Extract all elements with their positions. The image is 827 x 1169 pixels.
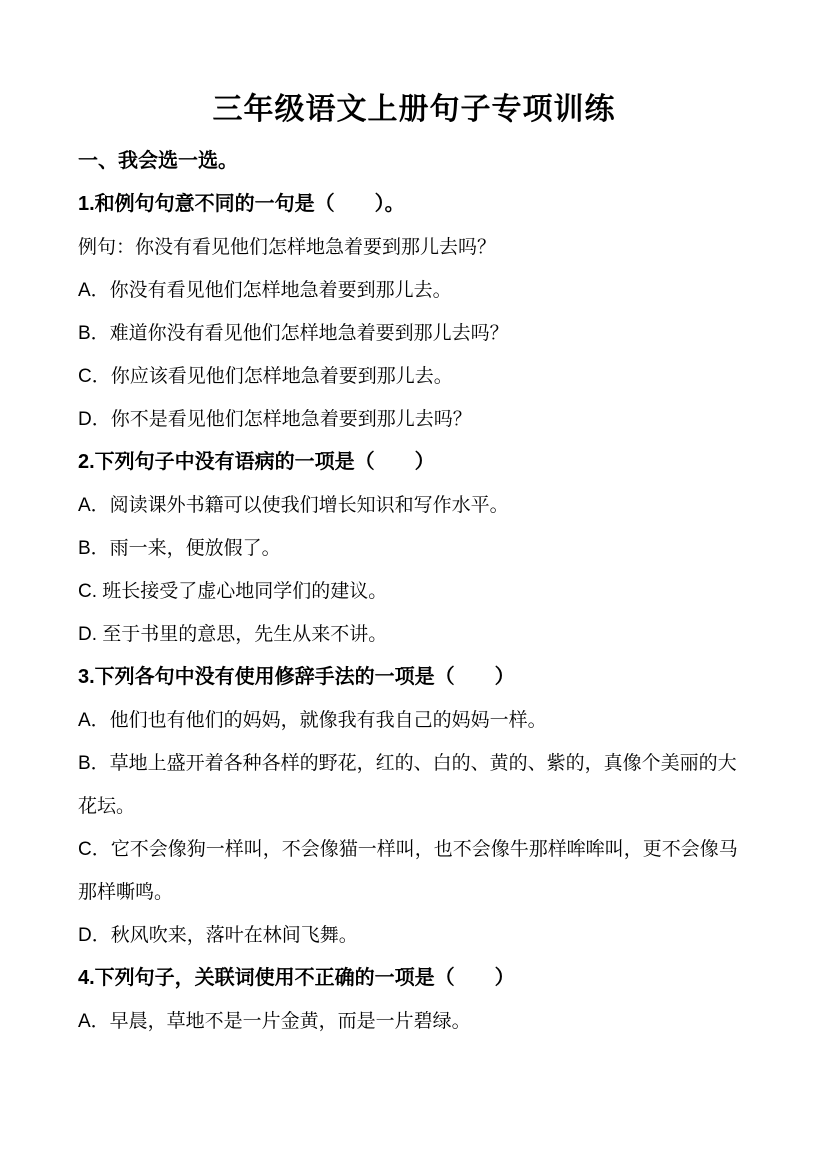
question-3-option-c: C．它不会像狗一样叫，不会像猫一样叫，也不会像牛那样哞哞叫，更不会像马那样嘶鸣。 <box>78 828 750 914</box>
question-3-option-d: D．秋风吹来，落叶在林间飞舞。 <box>78 914 750 957</box>
question-2-option-d: D. 至于书里的意思，先生从来不讲。 <box>78 613 750 656</box>
question-1: 1.和例句句意不同的一句是（ ）。 例句：你没有看见他们怎样地急着要到那儿去吗？… <box>78 183 750 441</box>
question-1-option-a: A．你没有看见他们怎样地急着要到那儿去。 <box>78 269 750 312</box>
question-2-prompt: 2.下列句子中没有语病的一项是（ ） <box>78 441 750 484</box>
question-2-option-c: C. 班长接受了虚心地同学们的建议。 <box>78 570 750 613</box>
question-4-prompt: 4.下列句子，关联词使用不正确的一项是（ ） <box>78 957 750 1000</box>
question-1-example: 例句：你没有看见他们怎样地急着要到那儿去吗？ <box>78 226 750 269</box>
question-3-prompt: 3.下列各句中没有使用修辞手法的一项是（ ） <box>78 656 750 699</box>
question-2-option-a: A．阅读课外书籍可以使我们增长知识和写作水平。 <box>78 484 750 527</box>
question-3-option-b: B．草地上盛开着各种各样的野花，红的、白的、黄的、紫的，真像个美丽的大花坛。 <box>78 742 750 828</box>
question-1-option-c: C．你应该看见他们怎样地急着要到那儿去。 <box>78 355 750 398</box>
question-1-prompt: 1.和例句句意不同的一句是（ ）。 <box>78 183 750 226</box>
question-2: 2.下列句子中没有语病的一项是（ ） A．阅读课外书籍可以使我们增长知识和写作水… <box>78 441 750 656</box>
question-2-option-b: B．雨一来，便放假了。 <box>78 527 750 570</box>
question-1-option-b: B．难道你没有看见他们怎样地急着要到那儿去吗？ <box>78 312 750 355</box>
section-heading: 一、我会选一选。 <box>78 140 750 183</box>
worksheet-page: 三年级语文上册句子专项训练 一、我会选一选。 1.和例句句意不同的一句是（ ）。… <box>0 0 827 1169</box>
question-4-option-a: A．早晨，草地不是一片金黄，而是一片碧绿。 <box>78 1000 750 1043</box>
page-title: 三年级语文上册句子专项训练 <box>78 90 750 130</box>
question-1-option-d: D．你不是看见他们怎样地急着要到那儿去吗？ <box>78 398 750 441</box>
question-4: 4.下列句子，关联词使用不正确的一项是（ ） A．早晨，草地不是一片金黄，而是一… <box>78 957 750 1043</box>
question-3-option-a: A．他们也有他们的妈妈，就像我有我自己的妈妈一样。 <box>78 699 750 742</box>
question-3: 3.下列各句中没有使用修辞手法的一项是（ ） A．他们也有他们的妈妈，就像我有我… <box>78 656 750 957</box>
